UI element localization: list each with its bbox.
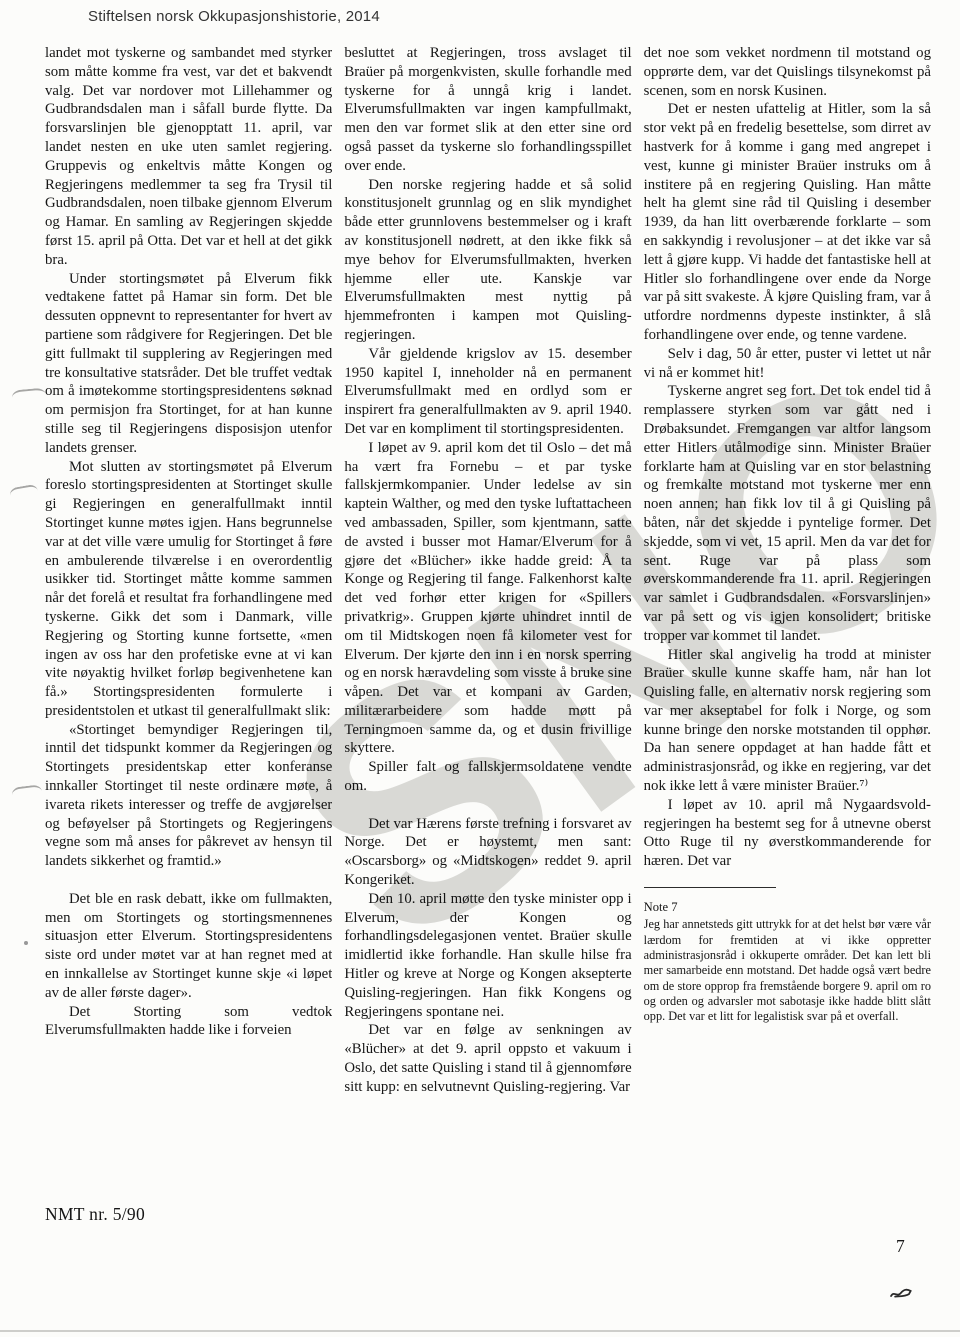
paragraph: Det var Hærens første trefning i forsvar…	[344, 815, 631, 890]
pen-squiggle-mark	[888, 1285, 914, 1305]
paragraph: Tyskerne angret seg fort. Det tok endel …	[644, 382, 931, 645]
paragraph: Den norske regjering hadde et så solid k…	[344, 176, 631, 345]
article-columns: landet mot tyskerne og sambandet med sty…	[45, 44, 931, 1226]
paragraph: Hitler skal angivelig ha trodd at minist…	[644, 646, 931, 796]
paragraph: I løpet av 10. april må Nygaardsvold-reg…	[644, 796, 931, 871]
page-number: 7	[896, 1236, 905, 1257]
page-header-title: Stiftelsen norsk Okkupasjonshistorie, 20…	[88, 8, 380, 25]
margin-pen-mark	[11, 388, 46, 405]
column-3-paragraphs: det noe som vekket nordmenn til motstand…	[644, 44, 931, 871]
footnote-text: Jeg har annetsteds gitt uttrykk for at d…	[644, 917, 931, 1024]
paragraph: Det Storting som vedtok Elverumsfullmakt…	[45, 1003, 332, 1041]
paragraph: I løpet av 9. april kom det til Oslo – d…	[344, 439, 631, 759]
footnote: Note 7 Jeg har annetsteds gitt uttrykk f…	[644, 887, 931, 1024]
margin-pen-dot	[24, 941, 28, 945]
paragraph: Under stortingsmøtet på Elverum fikk ved…	[45, 270, 332, 458]
scan-artifact-line	[0, 1330, 960, 1332]
column-1-paragraphs: landet mot tyskerne og sambandet med sty…	[45, 44, 332, 1040]
paragraph: Selv i dag, 50 år etter, puster vi lette…	[644, 345, 931, 383]
paragraph: Det var en følge av senkningen av «Blüch…	[344, 1021, 631, 1096]
footnote-divider	[644, 887, 776, 888]
column-2-paragraphs: besluttet at Regjeringen, tross avslaget…	[344, 44, 631, 1097]
paragraph: det noe som vekket nordmenn til motstand…	[644, 44, 931, 100]
paragraph: Vår gjeldende krigslov av 15. desember 1…	[344, 345, 631, 439]
paragraph: landet mot tyskerne og sambandet med sty…	[45, 44, 332, 270]
footnote-title: Note 7	[644, 900, 931, 915]
document-page: Stiftelsen norsk Okkupasjonshistorie, 20…	[0, 0, 960, 1337]
paragraph: Mot slutten av stortingsmøtet på Elverum…	[45, 458, 332, 721]
paragraph: Den 10. april møtte den tyske minister o…	[344, 890, 631, 1022]
margin-pen-mark	[9, 484, 39, 503]
text-column-3: det noe som vekket nordmenn til motstand…	[644, 44, 931, 1226]
paragraph: besluttet at Regjeringen, tross avslaget…	[344, 44, 631, 176]
margin-pen-mark	[11, 784, 42, 802]
text-column-2: besluttet at Regjeringen, tross avslaget…	[344, 44, 631, 1226]
paragraph: Det ble en rask debatt, ikke om fullmakt…	[45, 890, 332, 1003]
paragraph: «Stortinget bemyndiger Regjeringen til, …	[45, 721, 332, 871]
paragraph: Det er nesten ufattelig at Hitler, som l…	[644, 100, 931, 344]
paragraph: Spiller falt og fallskjermsoldatene vend…	[344, 758, 631, 796]
text-column-1: landet mot tyskerne og sambandet med sty…	[45, 44, 332, 1226]
